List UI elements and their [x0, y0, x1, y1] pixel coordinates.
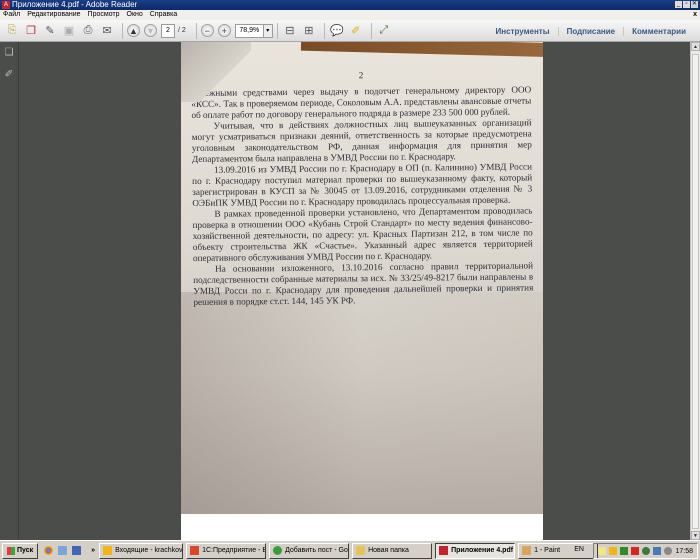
quick-launch-overflow[interactable]: » [91, 547, 95, 554]
paragraph: В рамках проведенной проверки установлен… [192, 205, 533, 264]
document-text: 2 денежными средствами через выдачу в по… [191, 68, 533, 308]
fit-width-icon[interactable]: ⊞ [301, 23, 317, 39]
network-icon[interactable] [58, 546, 67, 555]
page-total: / 2 [178, 27, 186, 34]
1c-icon [190, 546, 199, 555]
sign-link[interactable]: Подписание [558, 27, 624, 36]
taskbar-item[interactable]: Добавить пост - Goo... [269, 543, 349, 559]
comment-link[interactable]: Комментарии [623, 27, 694, 36]
paint-icon [522, 546, 531, 555]
menu-edit[interactable]: Редактирование [27, 10, 80, 20]
tray-security-icon[interactable] [642, 547, 650, 555]
chrome-icon[interactable] [44, 546, 53, 555]
vertical-scrollbar[interactable]: ▲ ▼ [690, 42, 700, 540]
tray-app-icon[interactable] [598, 547, 606, 555]
next-page-button[interactable]: ▼ [144, 24, 157, 37]
export-pdf-icon[interactable]: ❐ [23, 23, 39, 39]
chrome-icon [273, 546, 282, 555]
quick-launch [44, 546, 81, 555]
scroll-down-button[interactable]: ▼ [691, 531, 700, 540]
window-titlebar: A Приложение 4.pdf - Adobe Reader _ ▫ ✕ [0, 0, 700, 10]
taskbar-item[interactable]: 1С:Предприятие - Во... [186, 543, 266, 559]
toolbar-separator [277, 23, 278, 39]
create-pdf-icon[interactable]: ⎘ [4, 23, 20, 39]
navigation-panel: ❏ ✐ [0, 42, 19, 540]
window-controls: _ ▫ ✕ [675, 1, 698, 8]
page-thumbnails-icon[interactable]: ❏ [3, 47, 15, 59]
paragraph: На основании изложенного, 13.10.2016 сог… [193, 260, 533, 308]
zoom-in-button[interactable]: + [218, 24, 231, 37]
taskbar-item-active[interactable]: Приложение 4.pdf ... [435, 543, 515, 559]
start-button[interactable]: Пуск [2, 543, 38, 559]
start-label: Пуск [17, 547, 33, 554]
taskbar-item[interactable]: Новая папка [352, 543, 432, 559]
paragraph: Учитывая, что в действиях должностных ли… [192, 117, 532, 165]
scroll-thumb[interactable] [692, 54, 699, 529]
window-title: Приложение 4.pdf - Adobe Reader [12, 0, 137, 9]
menu-bar: Файл Редактирование Просмотр Окно Справк… [0, 10, 700, 20]
pdf-icon [439, 546, 448, 555]
toolbar: ⎘ ❐ ✎ ▣ ⎙ ✉ ▲ ▼ 2 / 2 − + 78,9% ▾ ⊟ ⊞ 💬 … [0, 20, 700, 42]
scanned-photo: 2 денежными средствами через выдачу в по… [181, 42, 543, 514]
toolbar-separator [196, 23, 197, 39]
page-number-label: 2 [191, 68, 531, 83]
print-icon[interactable]: ⎙ [80, 23, 96, 39]
tools-link[interactable]: Инструменты [488, 27, 558, 36]
chevron-down-icon[interactable]: ▾ [263, 25, 272, 37]
volume-icon[interactable] [664, 547, 672, 555]
mail-icon [103, 546, 112, 555]
minimize-button[interactable]: _ [675, 1, 682, 8]
menu-view[interactable]: Просмотр [88, 10, 120, 20]
comment-icon[interactable]: 💬 [329, 23, 345, 39]
email-icon[interactable]: ✉ [99, 23, 115, 39]
fit-page-icon[interactable]: ⊟ [282, 23, 298, 39]
folder-icon [356, 546, 365, 555]
previous-page-button[interactable]: ▲ [127, 24, 140, 37]
pdf-page: 2 денежными средствами через выдачу в по… [181, 42, 543, 540]
toolbar-separator [371, 23, 372, 39]
zoom-out-button[interactable]: − [201, 24, 214, 37]
menu-help[interactable]: Справка [150, 10, 177, 20]
network-status-icon[interactable] [653, 547, 661, 555]
close-document-icon[interactable]: x [693, 10, 697, 20]
edit-icon[interactable]: ✎ [42, 23, 58, 39]
paragraph: 13.09.2016 из УМВД России по г. Краснода… [192, 161, 532, 209]
document-viewport[interactable]: 2 денежными средствами через выдачу в по… [22, 42, 690, 540]
task-pane-links: Инструменты Подписание Комментарии [488, 20, 694, 42]
tray-green-icon[interactable] [620, 547, 628, 555]
adobe-reader-icon: A [2, 1, 10, 9]
desktop-icon[interactable] [72, 546, 81, 555]
highlight-icon[interactable]: ✐ [348, 23, 364, 39]
expand-icon[interactable]: ⤢ [376, 23, 392, 39]
toolbar-separator [324, 23, 325, 39]
menu-file[interactable]: Файл [3, 10, 20, 20]
save-icon[interactable]: ▣ [61, 23, 77, 39]
menu-window[interactable]: Окно [127, 10, 143, 20]
zoom-select[interactable]: 78,9% ▾ [235, 24, 273, 38]
windows-logo-icon [7, 547, 15, 555]
taskbar-item[interactable]: 1 - Paint [518, 543, 598, 559]
scroll-up-button[interactable]: ▲ [691, 42, 700, 51]
taskbar: Пуск » Входящие - krachkov... 1С:Предпри… [0, 540, 700, 560]
system-tray: 17:58 [593, 543, 698, 559]
taskbar-item[interactable]: Входящие - krachkov... [99, 543, 183, 559]
close-button[interactable]: ✕ [691, 1, 698, 8]
zoom-value[interactable]: 78,9% [236, 25, 263, 37]
tray-mail-icon[interactable] [609, 547, 617, 555]
toolbar-separator [122, 23, 123, 39]
attachments-icon[interactable]: ✐ [3, 69, 15, 81]
kaspersky-icon[interactable] [631, 547, 639, 555]
restore-button[interactable]: ▫ [683, 1, 690, 8]
language-indicator[interactable]: EN [574, 546, 584, 553]
page-number-input[interactable]: 2 [161, 24, 175, 38]
clock[interactable]: 17:58 [675, 548, 693, 555]
paragraph: денежными средствами через выдачу в подо… [191, 84, 531, 121]
